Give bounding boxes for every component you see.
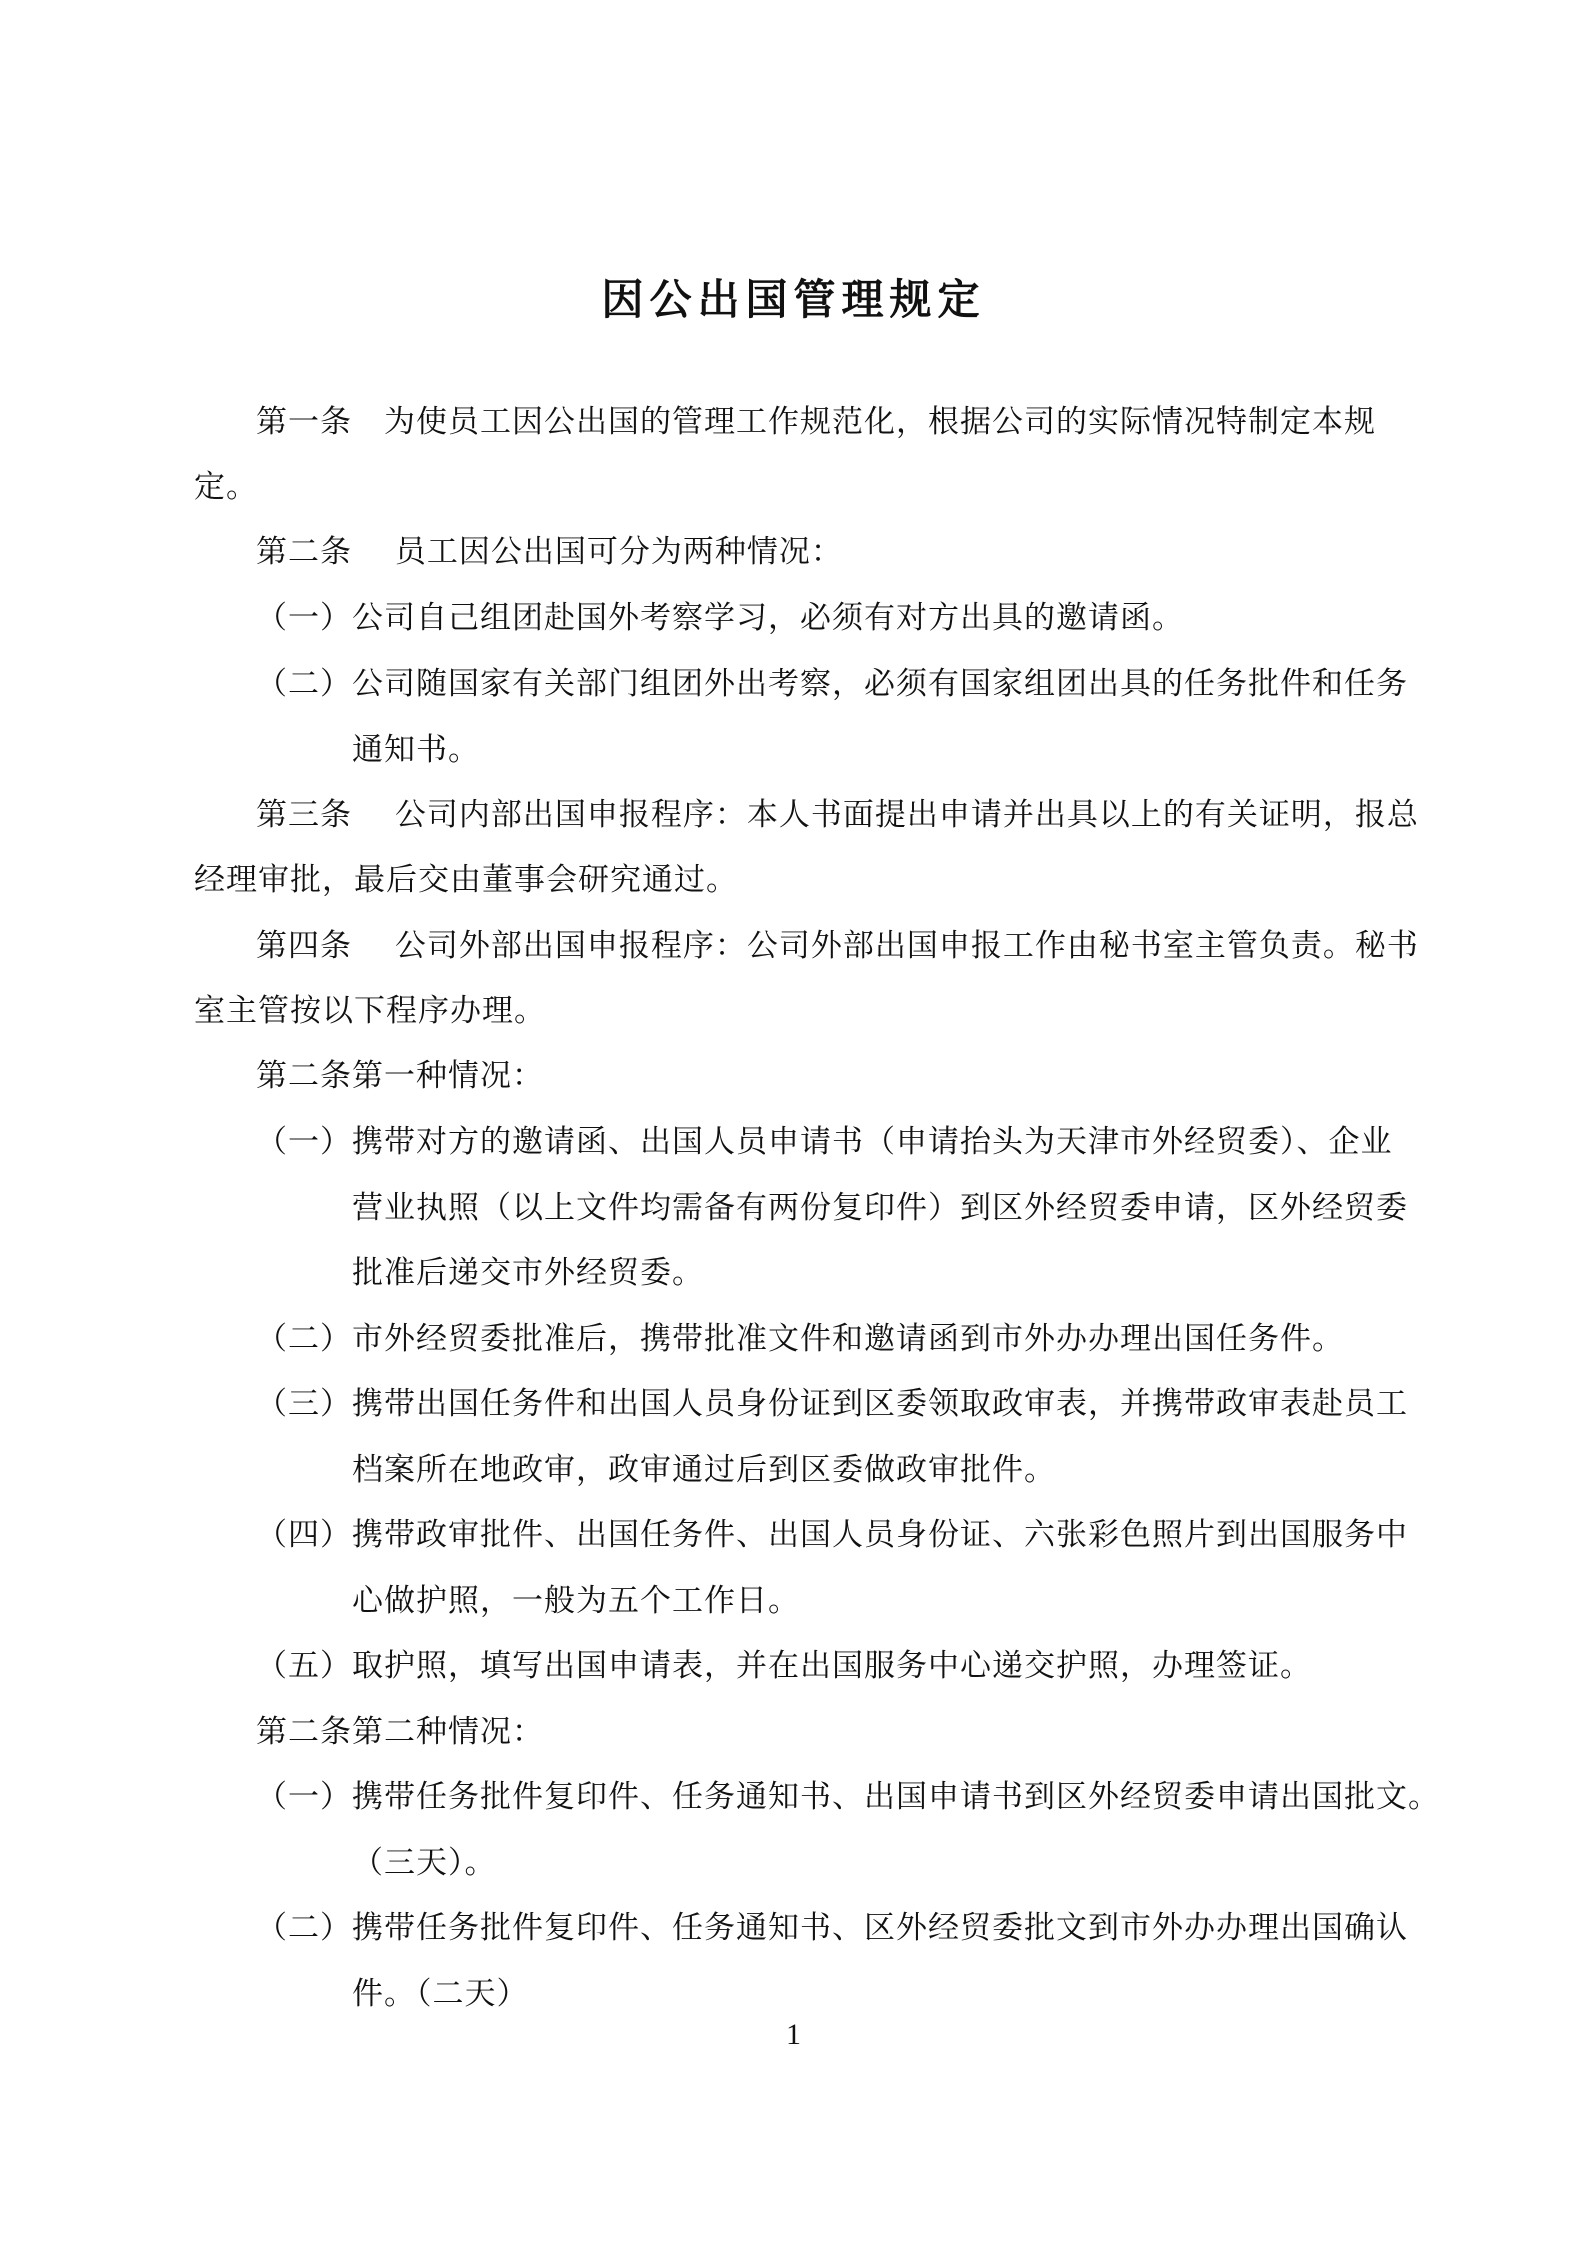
paragraph-line: 经理审批，最后交由董事会研究通过。	[194, 858, 738, 902]
paragraph-line: （一）公司自己组团赴国外考察学习，必须有对方出具的邀请函。	[256, 596, 1184, 640]
page-number: 1	[0, 2015, 1587, 2055]
paragraph-line: 第二条 员工因公出国可分为两种情况：	[256, 530, 843, 574]
paragraph-line: 档案所在地政审，政审通过后到区委做政审批件。	[352, 1448, 1056, 1492]
paragraph-line: 营业执照（以上文件均需备有两份复印件）到区外经贸委申请，区外经贸委	[352, 1186, 1408, 1230]
paragraph-line: 定。	[194, 465, 258, 509]
paragraph-line: 通知书。	[352, 728, 480, 772]
paragraph-line: 第二条第一种情况：	[256, 1054, 544, 1098]
document-title: 因公出国管理规定	[0, 270, 1587, 330]
paragraph-line: （三天）。	[352, 1841, 497, 1885]
paragraph-line: 室主管按以下程序办理。	[194, 989, 546, 1033]
paragraph-line: （二）市外经贸委批准后，携带批准文件和邀请函到市外办办理出国任务件。	[256, 1317, 1344, 1361]
paragraph-line: 第四条 公司外部出国申报程序：公司外部出国申报工作由秘书室主管负责。秘书	[256, 924, 1419, 968]
paragraph-line: （五）取护照，填写出国申请表，并在出国服务中心递交护照，办理签证。	[256, 1644, 1312, 1688]
paragraph-line: 批准后递交市外经贸委。	[352, 1251, 704, 1295]
document-page: 因公出国管理规定 第一条 为使员工因公出国的管理工作规范化，根据公司的实际情况特…	[0, 0, 1587, 2245]
paragraph-line: （一）携带任务批件复印件、任务通知书、出国申请书到区外经贸委申请出国批文。	[256, 1775, 1440, 1819]
paragraph-line: （四）携带政审批件、出国任务件、出国人员身份证、六张彩色照片到出国服务中	[256, 1513, 1408, 1557]
paragraph-line: （二）公司随国家有关部门组团外出考察，必须有国家组团出具的任务批件和任务	[256, 662, 1408, 706]
paragraph-line: 第二条第二种情况：	[256, 1710, 544, 1754]
paragraph-line: 第一条 为使员工因公出国的管理工作规范化，根据公司的实际情况特制定本规	[256, 400, 1376, 444]
paragraph-line: 件。（二天）	[352, 1972, 529, 2016]
paragraph-line: （一）携带对方的邀请函、出国人员申请书（申请抬头为天津市外经贸委）、企业	[256, 1120, 1393, 1164]
paragraph-line: （二）携带任务批件复印件、任务通知书、区外经贸委批文到市外办办理出国确认	[256, 1906, 1408, 1950]
paragraph-line: 心做护照，一般为五个工作日。	[352, 1579, 800, 1623]
paragraph-line: 第三条 公司内部出国申报程序：本人书面提出申请并出具以上的有关证明，报总	[256, 793, 1419, 837]
paragraph-line: （三）携带出国任务件和出国人员身份证到区委领取政审表，并携带政审表赴员工	[256, 1382, 1408, 1426]
